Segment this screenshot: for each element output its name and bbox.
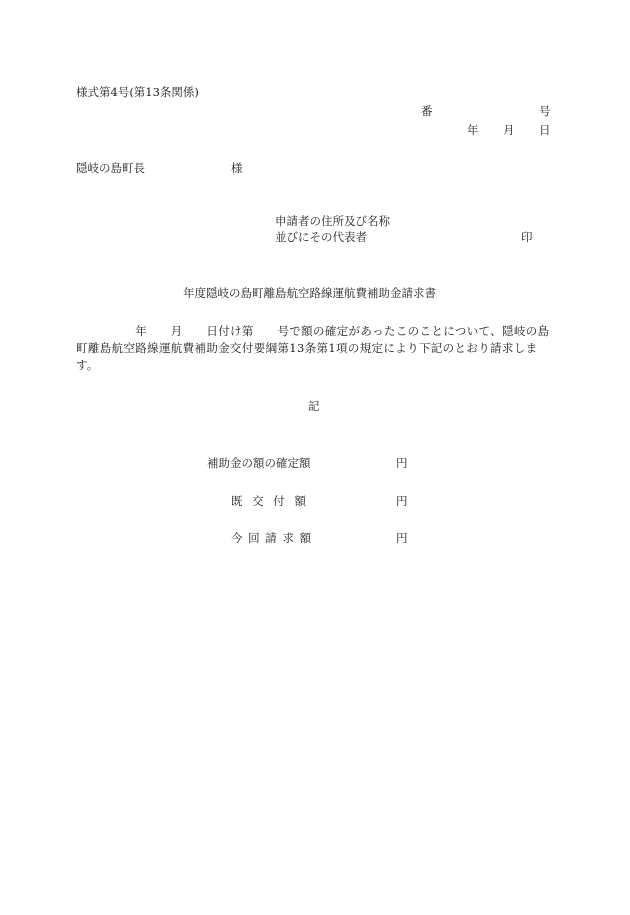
document-title: 年度隠岐の島町離島航空路線運航費補助金請求書 bbox=[183, 286, 436, 300]
form-number: 様式第4号(第13条関係) bbox=[76, 85, 199, 99]
addressee-honorific: 様 bbox=[231, 161, 243, 175]
body-line-3: す。 bbox=[76, 358, 99, 372]
ki-heading: 記 bbox=[308, 399, 320, 413]
item-label-already-paid: 既 交 付 額 bbox=[231, 494, 309, 508]
body-line-1: 年 月 日付け第 号で額の確定があったこのことについて、隠岐の島 bbox=[76, 324, 549, 338]
doc-number-label-go: 号 bbox=[539, 104, 551, 118]
seal-mark: 印 bbox=[521, 230, 533, 244]
item-unit-already-paid: 円 bbox=[396, 494, 408, 508]
applicant-address-label: 申請者の住所及び名称 bbox=[275, 214, 390, 228]
addressee-name: 隠岐の島町長 bbox=[76, 161, 145, 175]
item-label-confirmed-amount: 補助金の額の確定額 bbox=[207, 456, 311, 470]
body-paragraph: 年 月 日付け第 号で額の確定があったこのことについて、隠岐の島 町離島航空路線… bbox=[76, 323, 550, 374]
date-year: 年 bbox=[467, 123, 479, 137]
date-day: 日 bbox=[539, 123, 551, 137]
item-unit-current-request: 円 bbox=[396, 531, 408, 545]
applicant-representative-label: 並びにその代表者 bbox=[275, 230, 367, 244]
item-label-current-request: 今 回 請 求 額 bbox=[231, 531, 312, 545]
doc-number-label-ban: 番 bbox=[421, 104, 433, 118]
date-month: 月 bbox=[503, 123, 515, 137]
body-line-2: 町離島航空路線運航費補助金交付要綱第13条第1項の規定により下記のとおり請求しま bbox=[76, 341, 537, 355]
item-unit-confirmed-amount: 円 bbox=[396, 456, 408, 470]
